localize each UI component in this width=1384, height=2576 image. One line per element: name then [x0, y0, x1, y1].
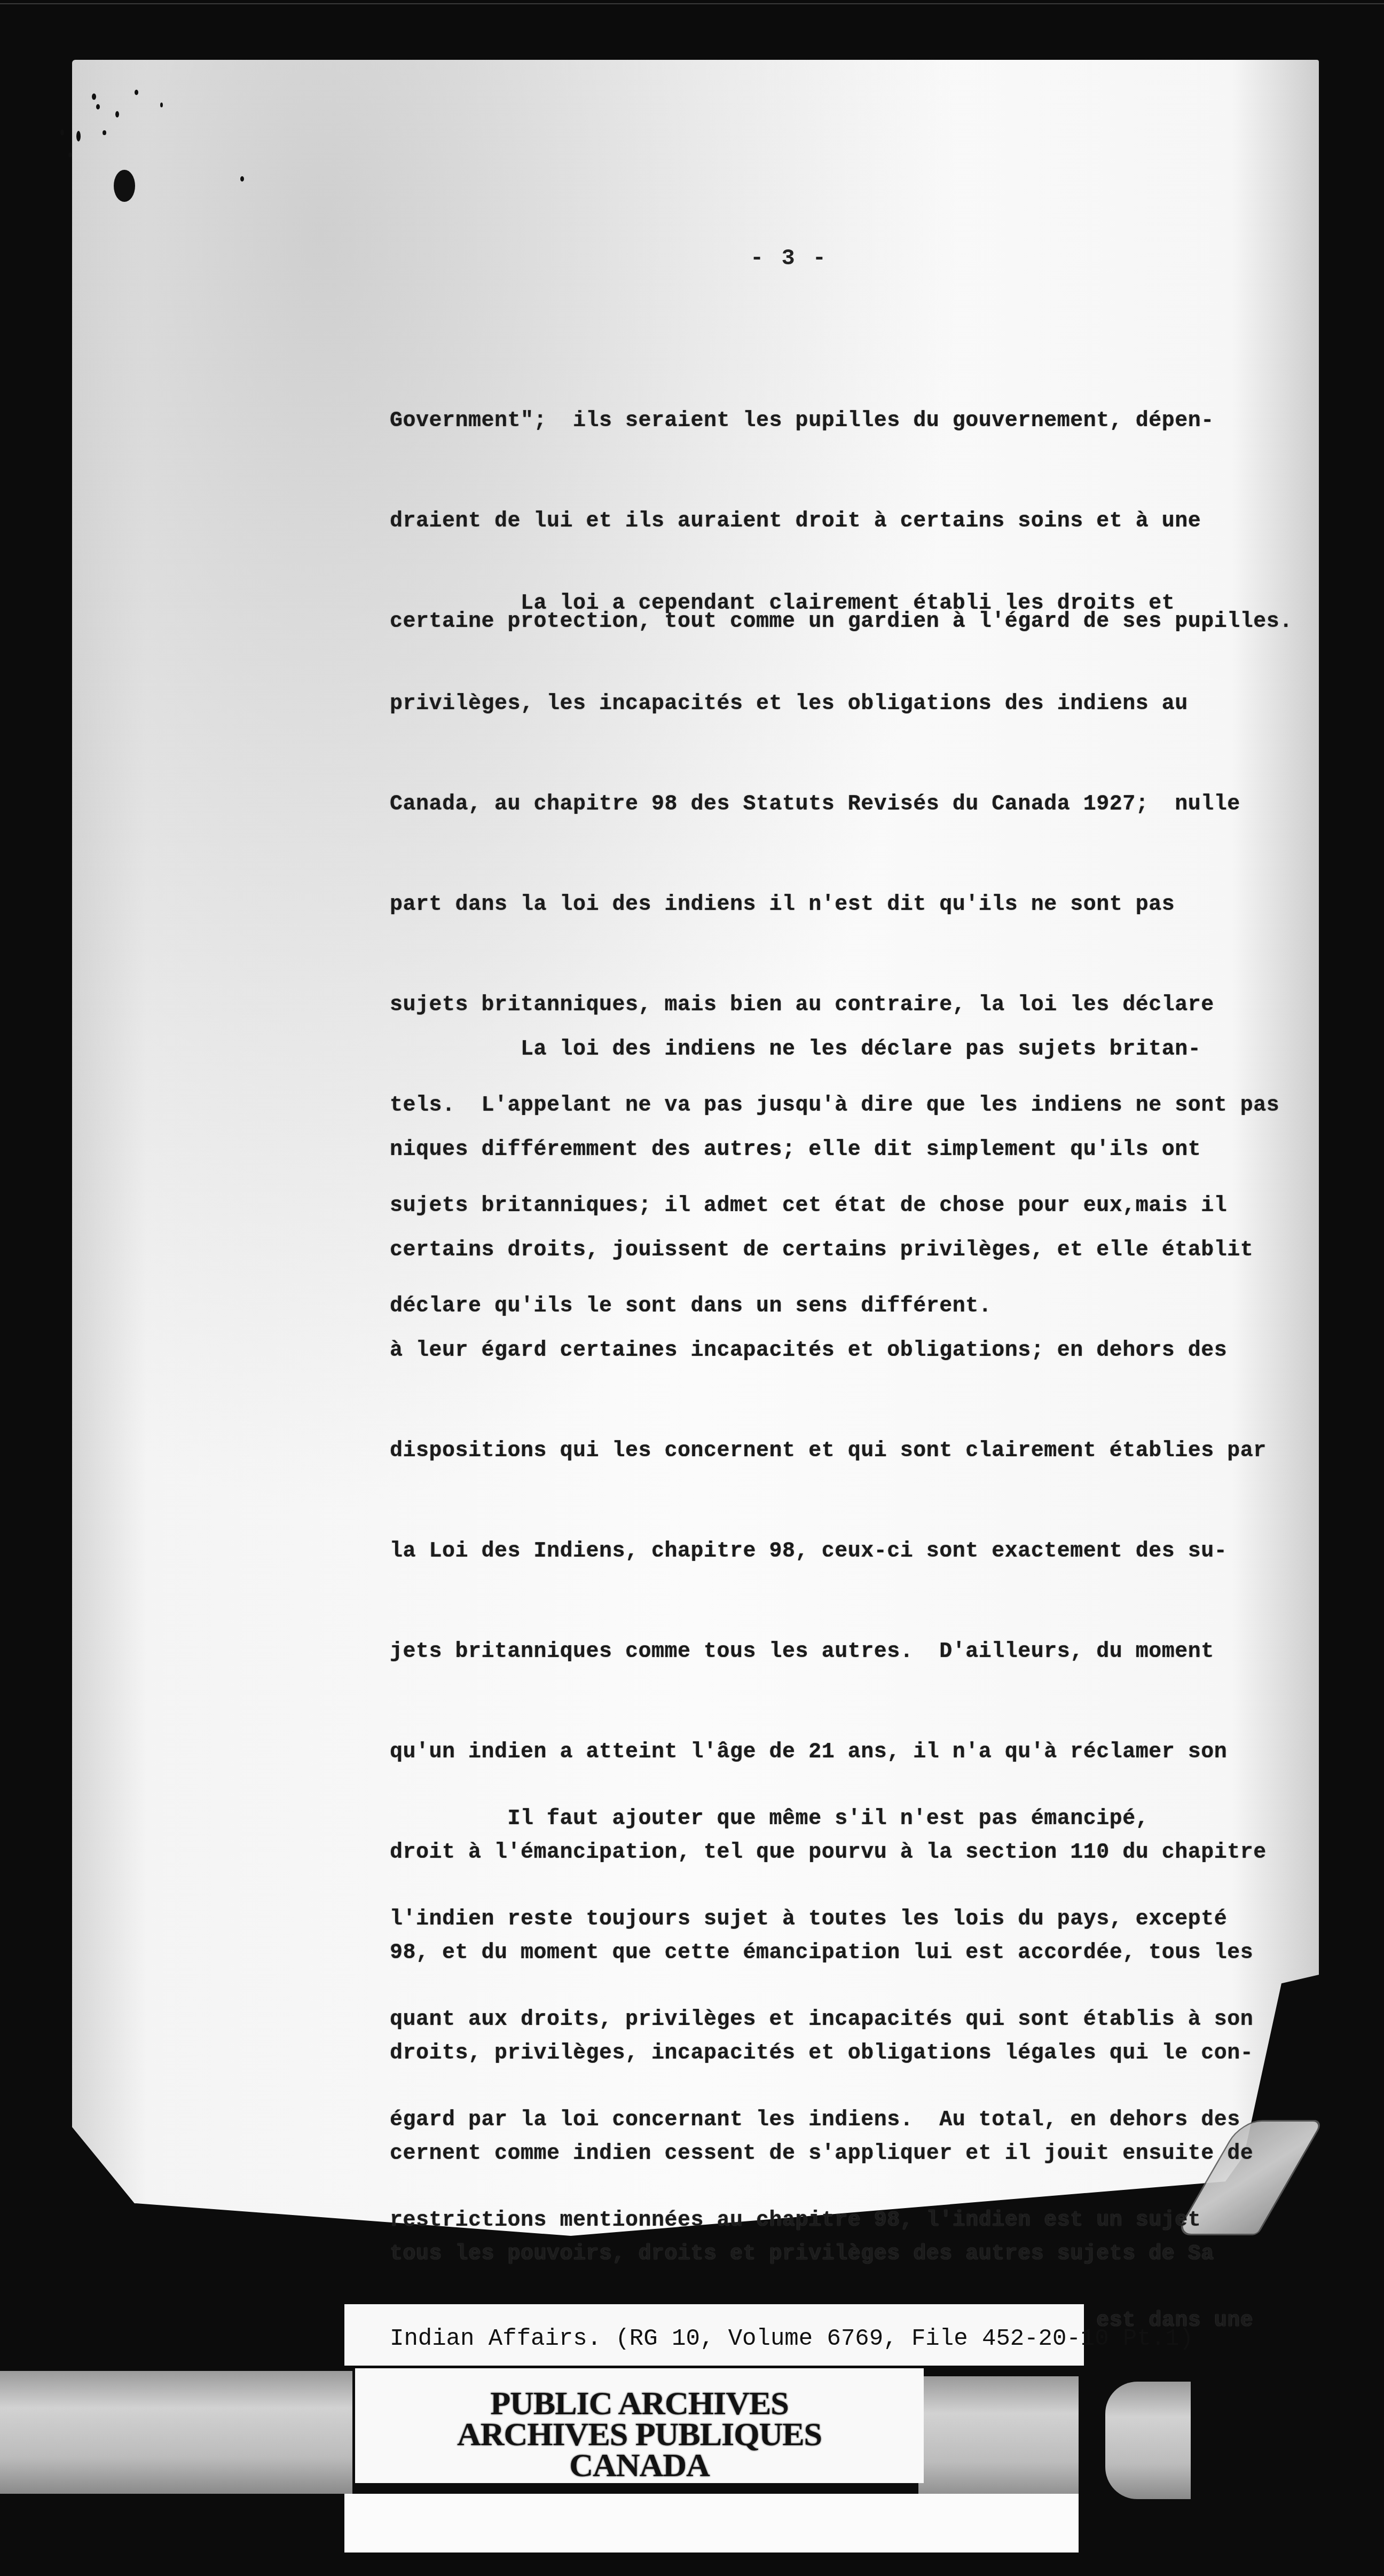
- tape-far-right: [1105, 2382, 1191, 2499]
- ink-speck-icon: [160, 103, 163, 107]
- ink-speck-icon: [92, 93, 96, 100]
- archive-caption: Indian Affairs. (RG 10, Volume 6769, Fil…: [390, 2326, 1193, 2352]
- archive-label-strip: Indian Affairs. (RG 10, Volume 6769, Fil…: [0, 2296, 1384, 2576]
- ink-speck-icon: [103, 130, 106, 135]
- stamp-line-country: CANADA: [355, 2449, 924, 2482]
- text-line: quant aux droits, privilèges et incapaci…: [390, 1994, 1297, 2046]
- text-line: privilèges, les incapacités et les oblig…: [390, 678, 1297, 731]
- text-line: Government"; ils seraient les pupilles d…: [390, 395, 1297, 447]
- stamp-line-english: PUBLIC ARCHIVES: [355, 2387, 924, 2420]
- ink-speck-icon: [60, 129, 64, 136]
- scan-line: [0, 3, 1384, 4]
- text-line: restrictions mentionnées au chapitre 98,…: [390, 2195, 1297, 2247]
- text-line: à leur égard certaines incapacités et ob…: [390, 1325, 1297, 1377]
- text-line: Il faut ajouter que même s'il n'est pas …: [390, 1793, 1297, 1845]
- text-line: égard par la loi concernant les indiens.…: [390, 2094, 1297, 2147]
- text-line: Canada, au chapitre 98 des Statuts Revis…: [390, 779, 1297, 831]
- paragraph-4: Il faut ajouter que même s'il n'est pas …: [390, 1745, 1297, 2371]
- ink-speck-icon: [115, 111, 119, 117]
- ink-speck-icon: [68, 152, 72, 158]
- text-line: certains droits, jouissent de certains p…: [390, 1224, 1297, 1277]
- text-line: La loi des indiens ne les déclare pas su…: [390, 1024, 1297, 1076]
- text-line: La loi a cependant clairement établi les…: [390, 578, 1297, 630]
- text-line: jets britanniques comme tous les autres.…: [390, 1626, 1297, 1678]
- ink-speck-icon: [240, 176, 244, 182]
- page-number: - 3 -: [750, 246, 828, 271]
- ink-speck-icon: [96, 104, 100, 109]
- stamp-line-french: ARCHIVES PUBLIQUES: [355, 2418, 924, 2451]
- tape-right: [918, 2376, 1079, 2499]
- text-line: dispositions qui les concernent et qui s…: [390, 1425, 1297, 1478]
- ink-speck-icon: [135, 90, 138, 95]
- text-line: l'indien reste toujours sujet à toutes l…: [390, 1894, 1297, 1946]
- blank-label-area: [344, 2494, 1079, 2553]
- ink-speck-icon: [76, 131, 81, 142]
- text-line: la Loi des Indiens, chapitre 98, ceux-ci…: [390, 1526, 1297, 1578]
- ink-blot-icon: [114, 170, 135, 202]
- text-line: niques différemment des autres; elle dit…: [390, 1124, 1297, 1176]
- tape-left: [0, 2371, 352, 2494]
- text-line: part dans la loi des indiens il n'est di…: [390, 879, 1297, 931]
